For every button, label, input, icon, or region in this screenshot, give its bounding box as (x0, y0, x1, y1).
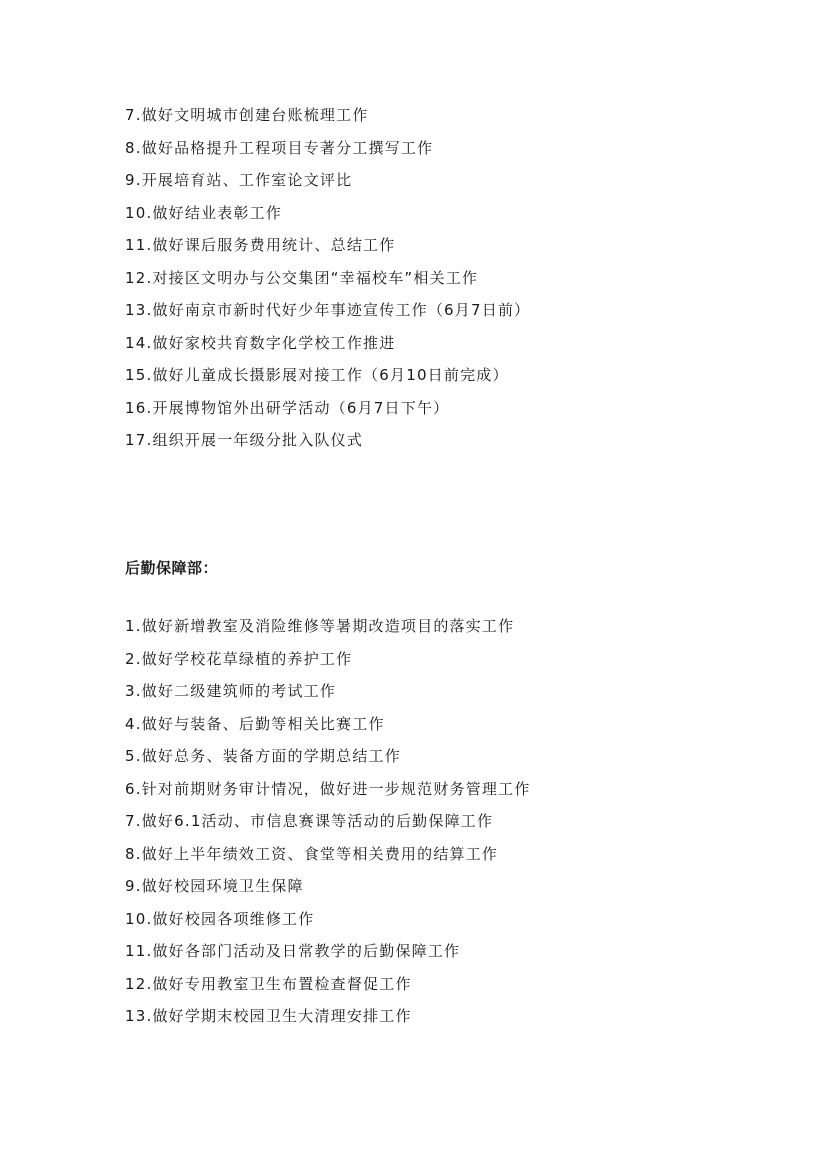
list-item: 7.做好文明城市创建台账梳理工作 (125, 99, 530, 132)
list-item: 5.做好总务、装备方面的学期总结工作 (125, 740, 531, 773)
list-item: 13.做好学期末校园卫生大清理安排工作 (125, 1000, 531, 1033)
logistics-task-list: 1.做好新增教室及消险维修等暑期改造项目的落实工作 2.做好学校花草绿植的养护工… (125, 610, 531, 1033)
list-item: 10.做好校园各项维修工作 (125, 903, 531, 936)
list-item: 8.做好品格提升工程项目专著分工撰写工作 (125, 132, 530, 165)
list-item: 8.做好上半年绩效工资、食堂等相关费用的结算工作 (125, 838, 531, 871)
list-item: 17.组织开展一年级分批入队仪式 (125, 424, 530, 457)
list-item: 12.对接区文明办与公交集团“幸福校车”相关工作 (125, 262, 530, 295)
list-item: 11.做好各部门活动及日常教学的后勤保障工作 (125, 935, 531, 968)
document-page: 7.做好文明城市创建台账梳理工作 8.做好品格提升工程项目专著分工撰写工作 9.… (0, 0, 827, 1170)
list-item: 16.开展博物馆外出研学活动（6月7日下午） (125, 392, 530, 425)
list-item: 13.做好南京市新时代好少年事迹宣传工作（6月7日前） (125, 294, 530, 327)
list-item: 4.做好与装备、后勤等相关比赛工作 (125, 708, 531, 741)
list-item: 3.做好二级建筑师的考试工作 (125, 675, 531, 708)
list-item: 9.做好校园环境卫生保障 (125, 870, 531, 903)
list-item: 2.做好学校花草绿植的养护工作 (125, 643, 531, 676)
list-item: 10.做好结业表彰工作 (125, 197, 530, 230)
list-item: 9.开展培育站、工作室论文评比 (125, 164, 530, 197)
list-item: 14.做好家校共育数字化学校工作推进 (125, 327, 530, 360)
list-item: 6.针对前期财务审计情况，做好进一步规范财务管理工作 (125, 773, 531, 806)
list-item: 15.做好儿童成长摄影展对接工作（6月10日前完成） (125, 359, 530, 392)
list-item: 11.做好课后服务费用统计、总结工作 (125, 229, 530, 262)
section-heading-logistics: 后勤保障部： (125, 556, 218, 580)
list-item: 7.做好6.1活动、市信息赛课等活动的后勤保障工作 (125, 805, 531, 838)
list-item: 12.做好专用教室卫生布置检查督促工作 (125, 968, 531, 1001)
list-item: 1.做好新增教室及消险维修等暑期改造项目的落实工作 (125, 610, 531, 643)
task-list-continued: 7.做好文明城市创建台账梳理工作 8.做好品格提升工程项目专著分工撰写工作 9.… (125, 99, 530, 457)
